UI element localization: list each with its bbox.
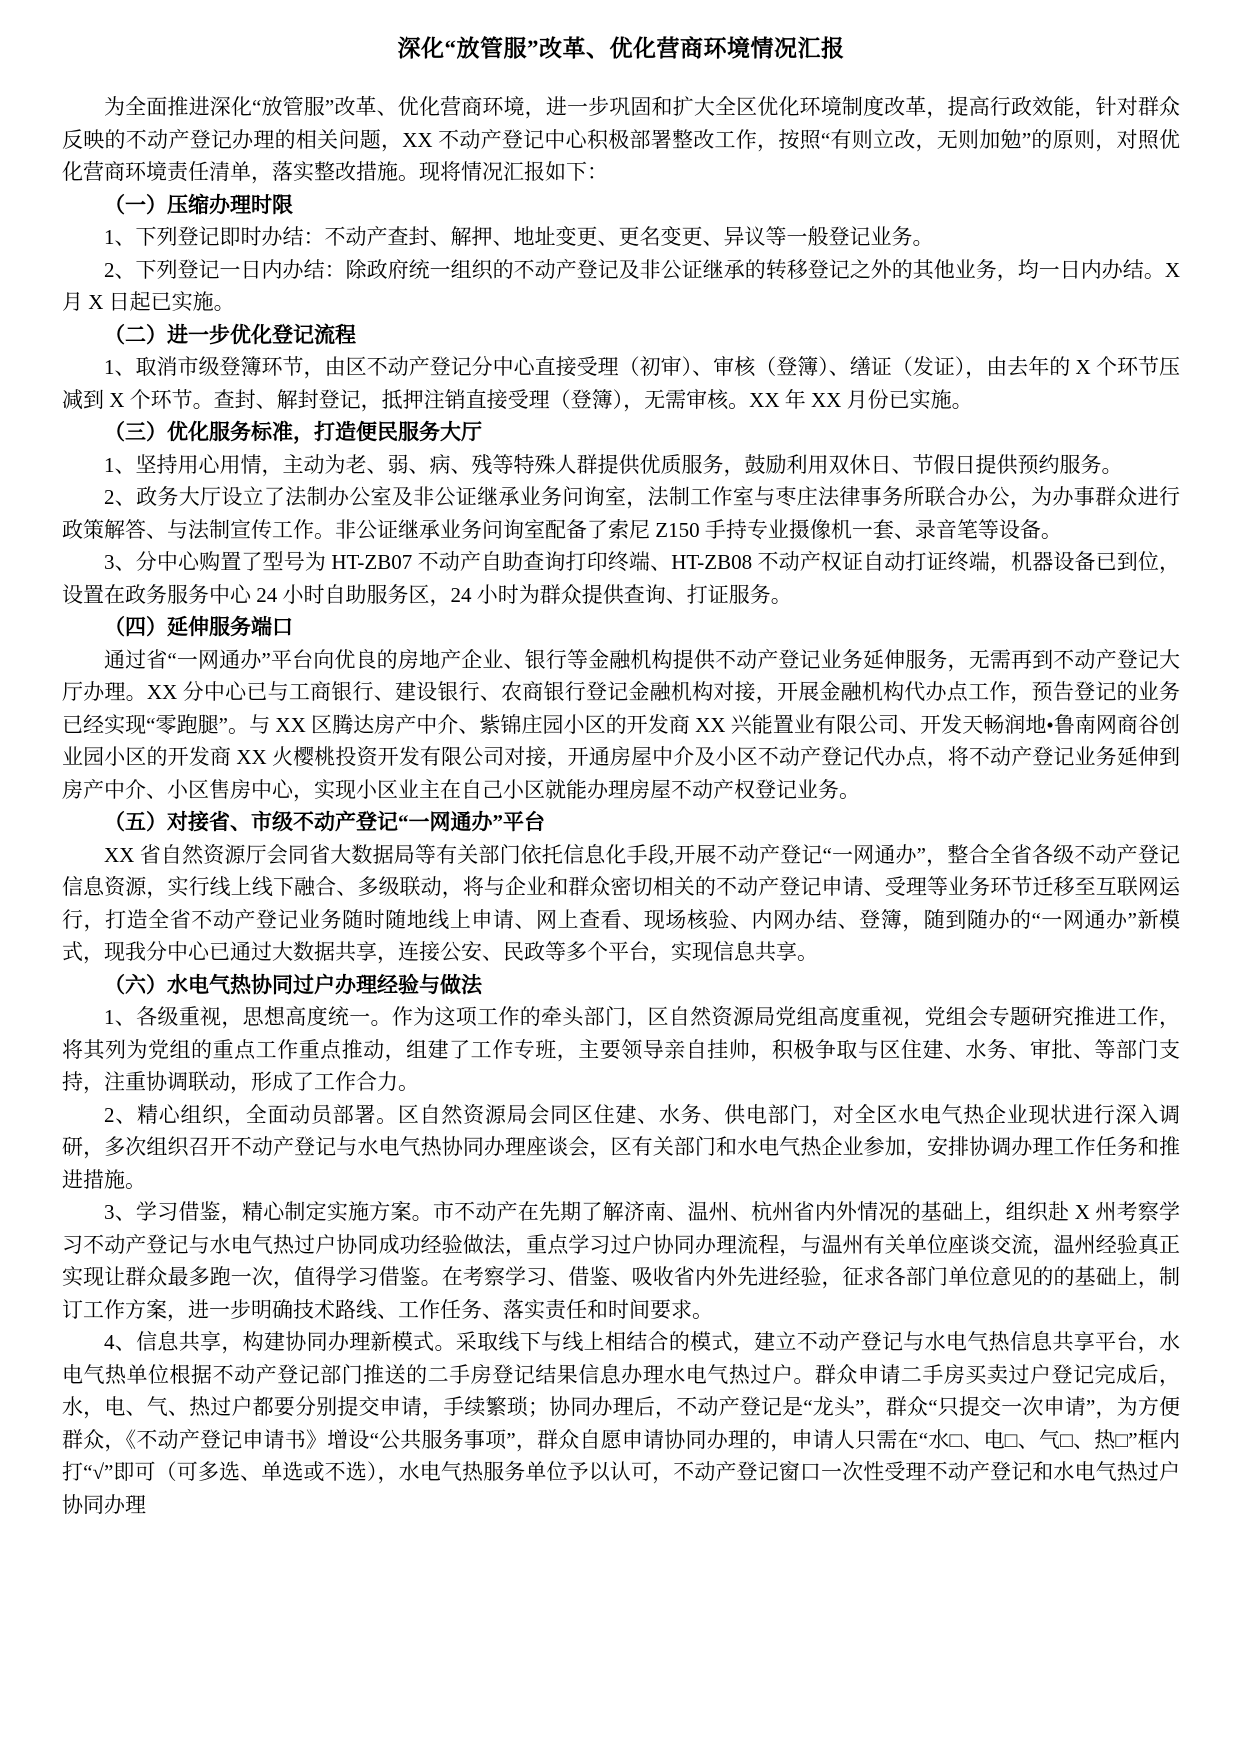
section-2-heading: （二）进一步优化登记流程: [62, 319, 1180, 352]
section-6-heading: （六）水电气热协同过户办理经验与做法: [62, 969, 1180, 1002]
section-6-item-2: 2、精心组织，全面动员部署。区自然资源局会同区住建、水务、供电部门，对全区水电气…: [62, 1099, 1180, 1197]
section-3-heading: （三）优化服务标准，打造便民服务大厅: [62, 416, 1180, 449]
intro-paragraph: 为全面推进深化“放管服”改革、优化营商环境，进一步巩固和扩大全区优化环境制度改革…: [62, 91, 1180, 189]
section-1-heading: （一）压缩办理时限: [62, 189, 1180, 222]
section-4-body: 通过省“一网通办”平台向优良的房地产企业、银行等金融机构提供不动产登记业务延伸服…: [62, 644, 1180, 807]
section-2-item-1: 1、取消市级登簿环节，由区不动产登记分中心直接受理（初审）、审核（登簿）、缮证（…: [62, 351, 1180, 416]
section-5-heading: （五）对接省、市级不动产登记“一网通办”平台: [62, 806, 1180, 839]
section-6-item-1: 1、各级重视，思想高度统一。作为这项工作的牵头部门，区自然资源局党组高度重视，党…: [62, 1001, 1180, 1099]
section-5-body: XX 省自然资源厅会同省大数据局等有关部门依托信息化手段,开展不动产登记“一网通…: [62, 839, 1180, 969]
section-1-item-2: 2、下列登记一日内办结：除政府统一组织的不动产登记及非公证继承的转移登记之外的其…: [62, 254, 1180, 319]
section-6-item-4: 4、信息共享，构建协同办理新模式。采取线下与线上相结合的模式，建立不动产登记与水…: [62, 1326, 1180, 1521]
document-page: 深化“放管服”改革、优化营商环境情况汇报 为全面推进深化“放管服”改革、优化营商…: [0, 0, 1240, 1754]
section-3-item-3: 3、分中心购置了型号为 HT-ZB07 不动产自助查询打印终端、HT-ZB08 …: [62, 546, 1180, 611]
section-3-item-1: 1、坚持用心用情，主动为老、弱、病、残等特殊人群提供优质服务，鼓励利用双休日、节…: [62, 449, 1180, 482]
document-title: 深化“放管服”改革、优化营商环境情况汇报: [62, 34, 1180, 64]
section-3-item-2: 2、政务大厅设立了法制办公室及非公证继承业务问询室，法制工作室与枣庄法律事务所联…: [62, 481, 1180, 546]
section-4-heading: （四）延伸服务端口: [62, 611, 1180, 644]
section-1-item-1: 1、下列登记即时办结：不动产查封、解押、地址变更、更名变更、异议等一般登记业务。: [62, 221, 1180, 254]
section-6-item-3: 3、学习借鉴，精心制定实施方案。市不动产在先期了解济南、温州、杭州省内外情况的基…: [62, 1196, 1180, 1326]
